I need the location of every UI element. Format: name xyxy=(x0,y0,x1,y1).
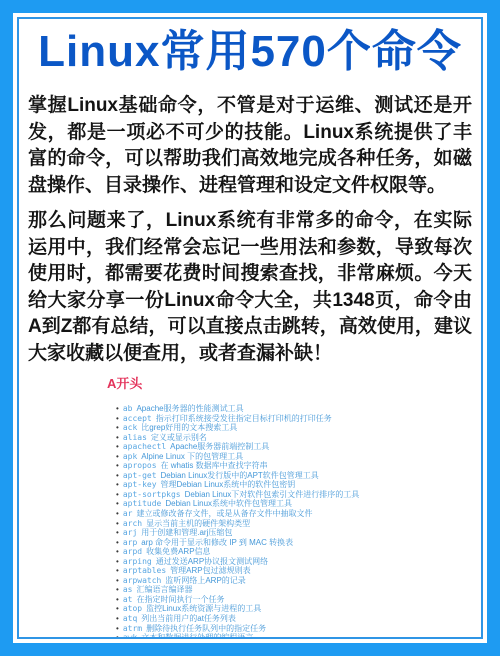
command-link[interactable]: •atrm删除待执行任务队列中的指定任务 xyxy=(116,624,472,634)
bullet-icon: • xyxy=(116,519,119,528)
bullet-icon: • xyxy=(116,423,119,432)
bullet-icon: • xyxy=(116,604,119,613)
bullet-icon: • xyxy=(116,433,119,442)
bullet-icon: • xyxy=(116,614,119,623)
command-name: at xyxy=(123,595,133,604)
command-description: 监听网络上ARP的记录 xyxy=(165,576,245,585)
command-description: 文本和数据进行处理的编程语言 xyxy=(141,633,253,639)
command-link[interactable]: •apachectlApache服务器前端控制工具 xyxy=(116,442,472,452)
command-link[interactable]: •apropos在 whatis 数据库中查找字符串 xyxy=(116,461,472,471)
page-title: Linux常用570个命令 xyxy=(28,24,472,80)
command-description: 列出当前用户的at任务列表 xyxy=(141,614,236,623)
bullet-icon: • xyxy=(116,585,119,594)
command-name: apt-key xyxy=(123,480,157,489)
command-name: aptitude xyxy=(123,499,162,508)
command-link[interactable]: •arping通过发送ARP协议报文测试网络 xyxy=(116,557,472,567)
command-link[interactable]: •abApache服务器的性能测试工具 xyxy=(116,404,472,414)
command-name: alias xyxy=(123,433,147,442)
command-description: 汇编语言编译器 xyxy=(136,585,192,594)
command-name: as xyxy=(123,585,133,594)
page-frame: { "page": { "title": "Linux常用570个命令" }, … xyxy=(0,0,500,656)
command-description: 指示打印系统接受发往指定目标打印机的打印任务 xyxy=(156,414,332,423)
command-link[interactable]: •aptitudeDebian Linux系统中软件包管理工具 xyxy=(116,499,472,509)
command-description: 管理ARP包过滤规则表 xyxy=(170,566,250,575)
command-link[interactable]: •atq列出当前用户的at任务列表 xyxy=(116,614,472,624)
command-link[interactable]: •accept指示打印系统接受发往指定目标打印机的打印任务 xyxy=(116,414,472,424)
command-link[interactable]: •atop监控Linux系统资源与进程的工具 xyxy=(116,604,472,614)
command-link[interactable]: •ar建立或修改备存文件，或是从备存文件中抽取文件 xyxy=(116,509,472,519)
command-name: apk xyxy=(123,452,137,461)
command-name: arptables xyxy=(123,566,166,575)
command-link[interactable]: •apt-getDebian Linux发行版中的APT软件包管理工具 xyxy=(116,471,472,481)
bullet-icon: • xyxy=(116,538,119,547)
command-description: 在 whatis 数据库中查找字符串 xyxy=(161,461,268,470)
command-link[interactable]: •apt-key管理Debian Linux系统中的软件包密钥 xyxy=(116,480,472,490)
command-link[interactable]: •arpwatch监听网络上ARP的记录 xyxy=(116,576,472,586)
command-name: ar xyxy=(123,509,133,518)
command-name: arj xyxy=(123,528,137,537)
command-description: 监控Linux系统资源与进程的工具 xyxy=(146,604,261,613)
command-description: 建立或修改备存文件，或是从备存文件中抽取文件 xyxy=(136,509,312,518)
bullet-icon: • xyxy=(116,442,119,451)
command-link[interactable]: •arpd收集免费ARP信息 xyxy=(116,547,472,557)
card-inner-border: Linux常用570个命令 掌握Linux基础命令，不管是对于运维、测试还是开发… xyxy=(17,17,483,639)
command-link[interactable]: •arptables管理ARP包过滤规则表 xyxy=(116,566,472,576)
command-name: arch xyxy=(123,519,142,528)
command-name: arping xyxy=(123,557,152,566)
command-description: 定义或显示别名 xyxy=(151,433,207,442)
command-link[interactable]: •apt-sortpkgsDebian Linux下对软件包索引文件进行排序的工… xyxy=(116,490,472,500)
section-heading-a: A开头 xyxy=(107,377,472,391)
command-description: Apache服务器的性能测试工具 xyxy=(136,404,243,413)
command-name: atrm xyxy=(123,624,142,633)
command-description: Debian Linux系统中软件包管理工具 xyxy=(165,499,292,508)
bullet-icon: • xyxy=(116,452,119,461)
command-name: arp xyxy=(123,538,137,547)
command-description: 比grep好用的文本搜索工具 xyxy=(141,423,237,432)
command-link[interactable]: •alias定义或显示别名 xyxy=(116,433,472,443)
command-name: ab xyxy=(123,404,133,413)
bullet-icon: • xyxy=(116,480,119,489)
intro-paragraph-1: 掌握Linux基础命令，不管是对于运维、测试还是开发，都是一项必不可少的技能。L… xyxy=(28,93,472,199)
command-link[interactable]: •apkAlpine Linux 下的包管理工具 xyxy=(116,452,472,462)
command-name: apropos xyxy=(123,461,157,470)
bullet-icon: • xyxy=(116,414,119,423)
command-link[interactable]: •ack比grep好用的文本搜索工具 xyxy=(116,423,472,433)
command-link[interactable]: •awk文本和数据进行处理的编程语言 xyxy=(116,633,472,639)
content-card: Linux常用570个命令 掌握Linux基础命令，不管是对于运维、测试还是开发… xyxy=(13,13,487,643)
command-name: arpwatch xyxy=(123,576,162,585)
command-name: atq xyxy=(123,614,137,623)
command-name: apt-sortpkgs xyxy=(123,490,181,499)
command-link[interactable]: •arparp 命令用于显示和修改 IP 到 MAC 转换表 xyxy=(116,538,472,548)
bullet-icon: • xyxy=(116,528,119,537)
bullet-icon: • xyxy=(116,566,119,575)
command-description: 用于创建和管理.arj压缩包 xyxy=(141,528,232,537)
command-description: 删除待执行任务队列中的指定任务 xyxy=(146,624,266,633)
bullet-icon: • xyxy=(116,509,119,518)
command-description: arp 命令用于显示和修改 IP 到 MAC 转换表 xyxy=(141,538,293,547)
command-description: Apache服务器前端控制工具 xyxy=(170,442,269,451)
bullet-icon: • xyxy=(116,490,119,499)
command-name: awk xyxy=(123,633,137,639)
command-description: 通过发送ARP协议报文测试网络 xyxy=(156,557,268,566)
bullet-icon: • xyxy=(116,547,119,556)
command-description: 显示当前主机的硬件架构类型 xyxy=(146,519,250,528)
command-description: Debian Linux下对软件包索引文件进行排序的工具 xyxy=(185,490,360,499)
bullet-icon: • xyxy=(116,557,119,566)
bullet-icon: • xyxy=(116,576,119,585)
command-description: Debian Linux发行版中的APT软件包管理工具 xyxy=(161,471,319,480)
intro-paragraph-2: 那么问题来了，Linux系统有非常多的命令，在实际运用中，我们经常会忘记一些用法… xyxy=(28,208,472,367)
bullet-icon: • xyxy=(116,461,119,470)
command-name: apt-get xyxy=(123,471,157,480)
command-name: apachectl xyxy=(123,442,166,451)
bullet-icon: • xyxy=(116,633,119,639)
command-link[interactable]: •arj用于创建和管理.arj压缩包 xyxy=(116,528,472,538)
bullet-icon: • xyxy=(116,499,119,508)
command-link[interactable]: •at在指定时间执行一个任务 xyxy=(116,595,472,605)
command-description: 在指定时间执行一个任务 xyxy=(136,595,224,604)
bullet-icon: • xyxy=(116,404,119,413)
command-name: accept xyxy=(123,414,152,423)
command-link[interactable]: •arch显示当前主机的硬件架构类型 xyxy=(116,519,472,529)
command-description: 管理Debian Linux系统中的软件包密钥 xyxy=(161,480,296,489)
command-name: atop xyxy=(123,604,142,613)
bullet-icon: • xyxy=(116,624,119,633)
command-name: ack xyxy=(123,423,137,432)
command-link[interactable]: •as汇编语言编译器 xyxy=(116,585,472,595)
bullet-icon: • xyxy=(116,595,119,604)
command-description: 收集免费ARP信息 xyxy=(146,547,210,556)
bullet-icon: • xyxy=(116,471,119,480)
command-list: •abApache服务器的性能测试工具•accept指示打印系统接受发往指定目标… xyxy=(116,404,472,639)
command-name: arpd xyxy=(123,547,142,556)
command-description: Alpine Linux 下的包管理工具 xyxy=(141,452,243,461)
